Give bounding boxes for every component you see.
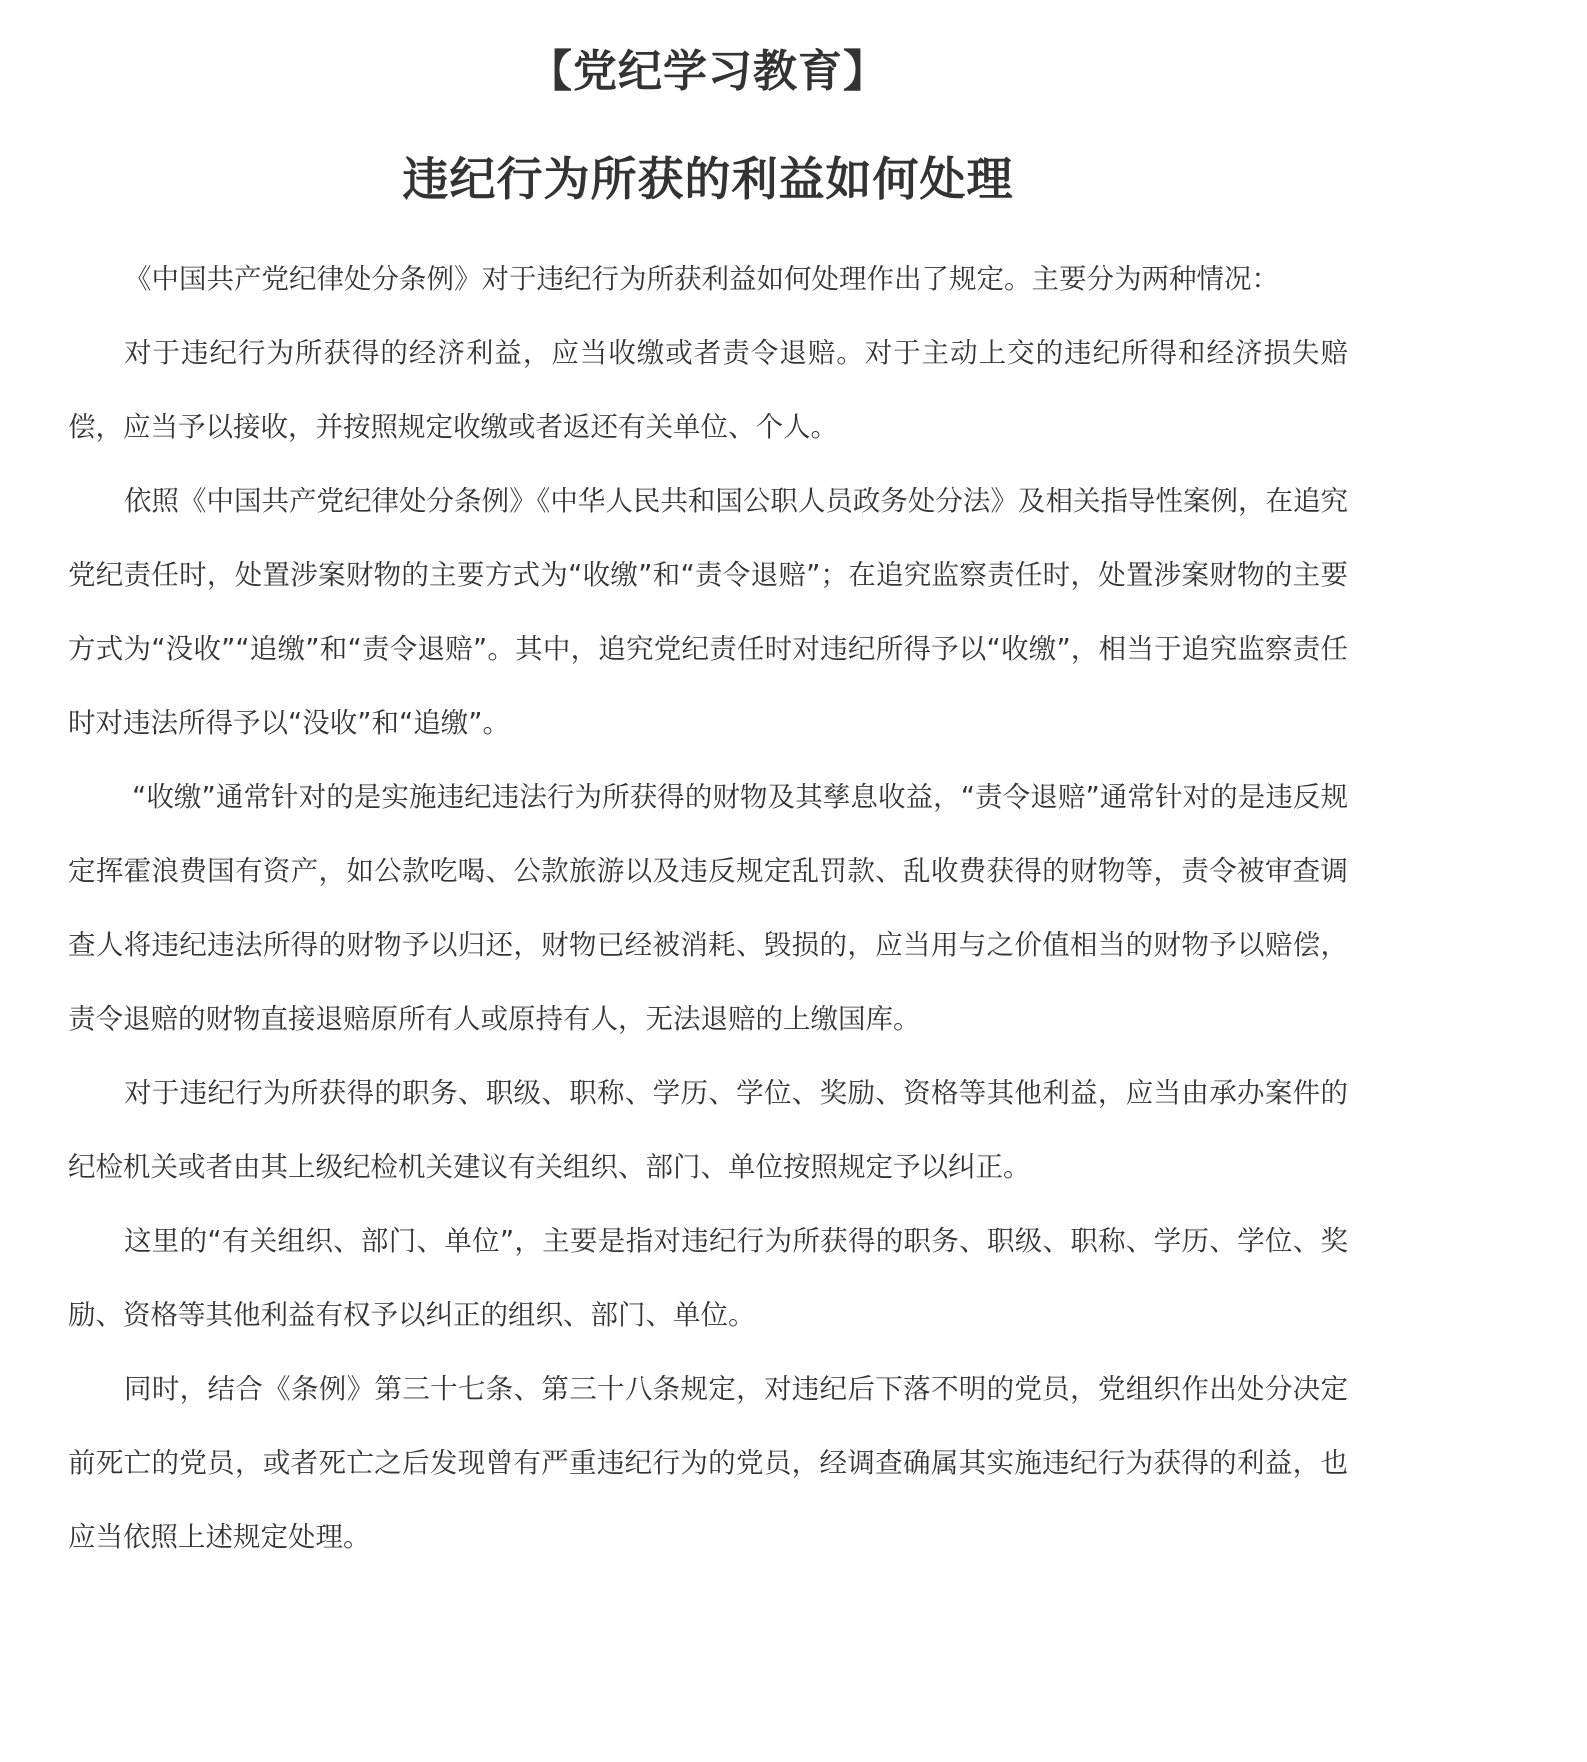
paragraph-confiscation-restitution: “收缴”通常针对的是实施违纪违法行为所获得的财物及其孳息收益，“责令退赔”通常针… <box>68 760 1348 1056</box>
paragraph-intro: 《中国共产党纪律处分条例》对于违纪行为所获利益如何处理作出了规定。主要分为两种情… <box>68 242 1348 316</box>
article-title: 违纪行为所获的利益如何处理 <box>68 148 1348 210</box>
paragraph-economic-benefits: 对于违纪行为所获得的经济利益，应当收缴或者责令退赔。对于主动上交的违纪所得和经济… <box>68 316 1348 464</box>
paragraph-special-cases: 同时，结合《条例》第三十七条、第三十八条规定，对违纪后下落不明的党员，党组织作出… <box>68 1352 1348 1574</box>
paragraph-other-benefits: 对于违纪行为所获得的职务、职级、职称、学历、学位、奖励、资格等其他利益，应当由承… <box>68 1056 1348 1204</box>
article-body: 《中国共产党纪律处分条例》对于违纪行为所获利益如何处理作出了规定。主要分为两种情… <box>68 242 1348 1574</box>
paragraph-disposal-methods: 依照《中国共产党纪律处分条例》《中华人民共和国公职人员政务处分法》及相关指导性案… <box>68 464 1348 760</box>
paragraph-relevant-organizations: 这里的“有关组织、部门、单位”，主要是指对违纪行为所获得的职务、职级、职称、学历… <box>68 1204 1348 1352</box>
article-kicker: 【党纪学习教育】 <box>68 42 1348 102</box>
